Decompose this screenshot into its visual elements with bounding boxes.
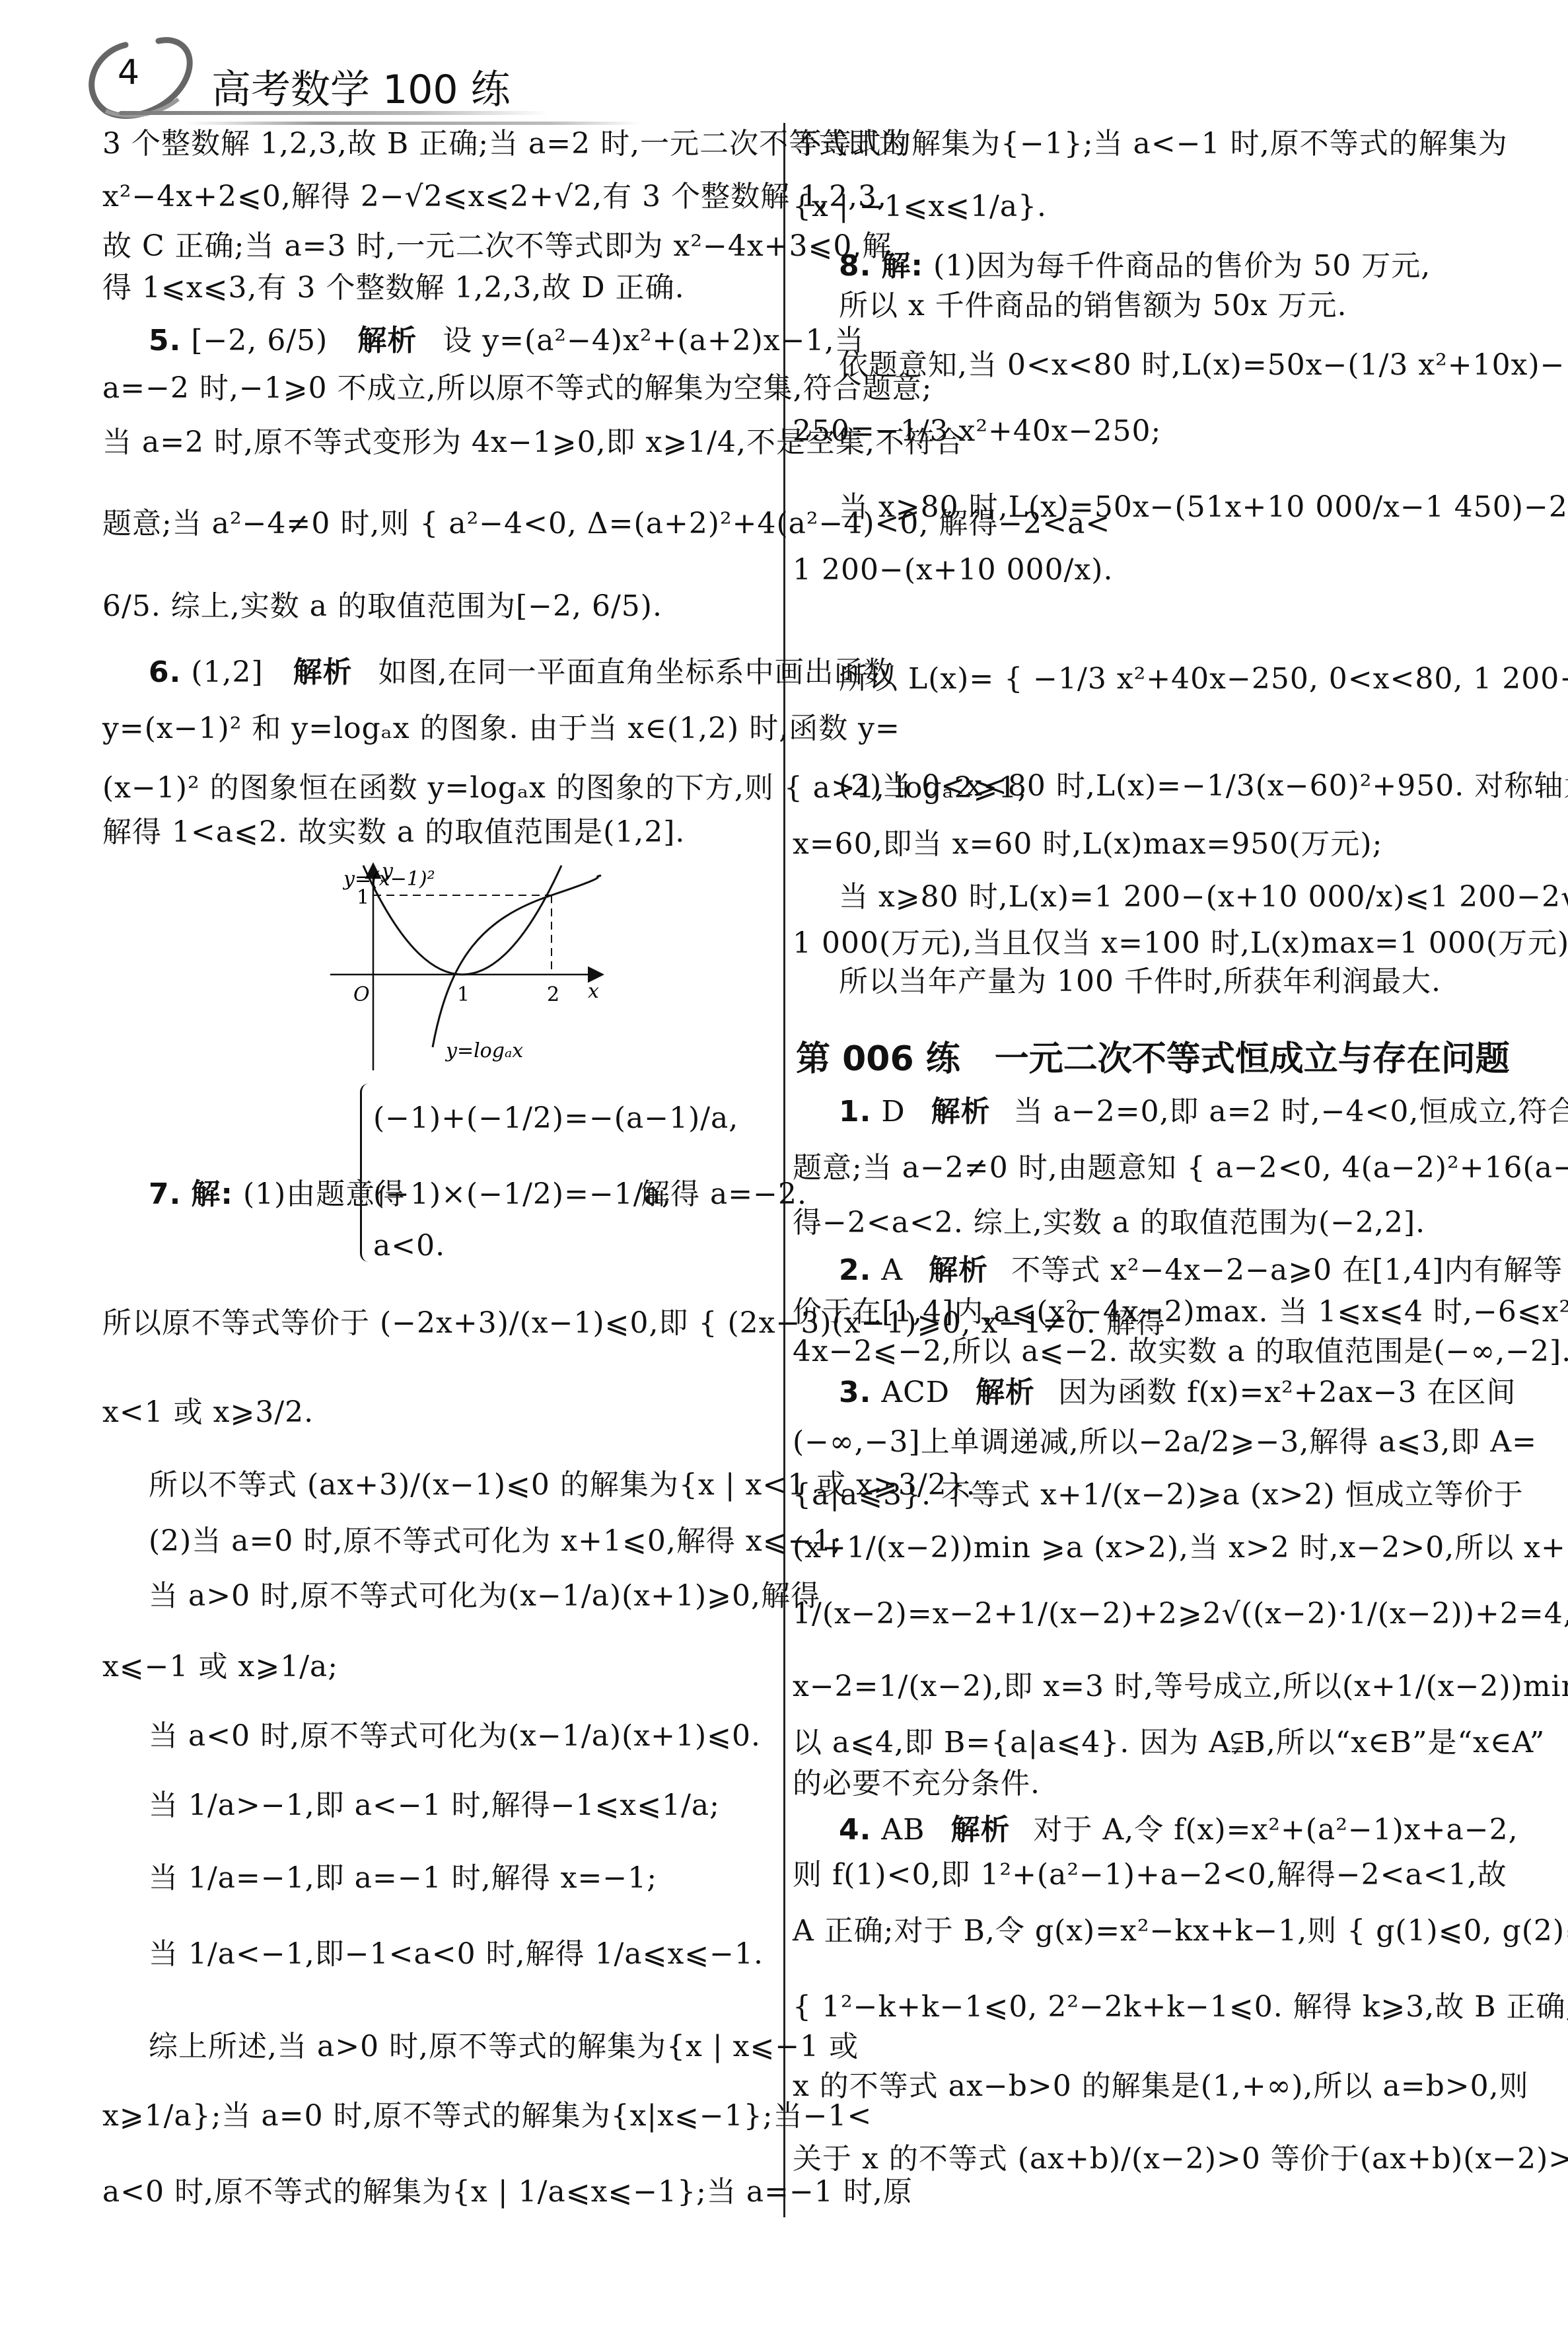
header-rule-1: [119, 111, 548, 115]
text-line: 当 a=2 时,原不等式变形为 4x−1⩾0,即 x⩾1/4,不是空集,不符合: [102, 424, 776, 461]
text-line: 250=−1/3 x²+40x−250;: [793, 413, 1466, 450]
text-line: x⩽−1 或 x⩾1/a;: [102, 1648, 776, 1685]
text-line: 得 1⩽x⩽3,有 3 个整数解 1,2,3,故 D 正确.: [102, 270, 776, 307]
svg-text:1: 1: [357, 886, 369, 909]
text-line: 得−2<a<2. 综上,实数 a 的取值范围为(−2,2].: [793, 1204, 1466, 1241]
item-answer: [−2, 6/5): [191, 324, 328, 357]
text-line: x<1 或 x⩾3/2.: [102, 1394, 776, 1431]
text-line: 所以 x 千件商品的销售额为 50x 万元.: [839, 287, 1347, 324]
analysis-tag: 解析: [357, 324, 417, 357]
item-answer: (1,2]: [191, 655, 263, 689]
text-line: 当 a>0 时,原不等式可化为(x−1/a)(x+1)⩾0,解得: [149, 1578, 820, 1615]
function-graph-figure: y=(x−1)² y x O 1 1 2 y=logₐx: [304, 859, 608, 1077]
item-answer: AB: [881, 1813, 925, 1847]
text-line: (2)当 0<x<80 时,L(x)=−1/3(x−60)²+950. 对称轴为: [839, 768, 1568, 805]
text-line: 当 1/a>−1,即 a<−1 时,解得−1⩽x⩽1/a;: [149, 1787, 720, 1824]
item-6-header: 6. (1,2] 解析 如图,在同一平面直角坐标系中画出函数: [149, 654, 894, 691]
text-line: y=(x−1)² 和 y=logₐx 的图象. 由于当 x∈(1,2) 时,函数…: [102, 710, 776, 747]
text-line: 所以原不等式等价于 (−2x+3)/(x−1)⩽0,即 { (2x−3)(x−1…: [102, 1305, 776, 1342]
text-line: A 正确;对于 B,令 g(x)=x²−kx+k−1,则 { g(1)⩽0, g…: [793, 1913, 1466, 1950]
text-line: { 1²−k+k−1⩽0, 2²−2k+k−1⩽0. 解得 k⩾3,故 B 正确…: [793, 1989, 1466, 2026]
text-line: 不等式的解集为{−1};当 a<−1 时,原不等式的解集为: [793, 126, 1466, 163]
text-line: 综上所述,当 a>0 时,原不等式的解集为{x | x⩽−1 或: [149, 2028, 859, 2065]
text-line: 3 个整数解 1,2,3,故 B 正确;当 a=2 时,一元二次不等式即为: [102, 126, 776, 163]
system-eq: (−1)×(−1/2)=−1/a,: [373, 1176, 672, 1213]
label-log: y=logₐx: [445, 1039, 523, 1062]
svg-text:x: x: [588, 980, 599, 1003]
page-number: 4: [118, 53, 139, 92]
analysis-tag: 解析: [950, 1813, 1010, 1847]
text-line: 当 1/a<−1,即−1<a<0 时,解得 1/a⩽x⩽−1.: [149, 1936, 764, 1973]
text-line: 6/5. 综上,实数 a 的取值范围为[−2, 6/5).: [102, 588, 776, 625]
svg-text:y: y: [380, 860, 394, 883]
item-5-header: 5. [−2, 6/5) 解析 设 y=(a²−4)x²+(a+2)x−1,当: [149, 322, 865, 359]
text-line: (x+1/(x−2))min ⩾a (x>2),当 x>2 时,x−2>0,所以…: [793, 1530, 1466, 1567]
item-answer: A: [881, 1253, 903, 1287]
analysis-tag: 解析: [929, 1253, 988, 1287]
svg-text:1: 1: [457, 983, 470, 1006]
text-line: a=−2 时,−1⩾0 不成立,所以原不等式的解集为空集,符合题意;: [102, 370, 776, 407]
item-number: 5.: [149, 324, 181, 357]
text-line: 所以当年产量为 100 千件时,所获年利润最大.: [839, 963, 1441, 1000]
analysis-tag: 解析: [293, 655, 353, 689]
text-line: 以 a⩽4,即 B={a|a⩽4}. 因为 A⫋B,所以“x∈B”是“x∈A”: [793, 1724, 1466, 1761]
text-line: a<0 时,原不等式的解集为{x | 1/a⩽x⩽−1};当 a=−1 时,原: [102, 2174, 776, 2211]
text-line: 的必要不充分条件.: [793, 1765, 1466, 1802]
text-line: {x | −1⩽x⩽1/a}.: [793, 188, 1466, 225]
s-item-2-header: 2. A 解析 不等式 x²−4x−2−a⩾0 在[1,4]内有解等: [839, 1252, 1563, 1289]
text-line: 4x−2⩽−2,所以 a⩽−2. 故实数 a 的取值范围是(−∞,−2].: [793, 1333, 1466, 1370]
analysis-tag: 解析: [931, 1095, 991, 1128]
text-line: x−2=1/(x−2),即 x=3 时,等号成立,所以(x+1/(x−2))mi…: [793, 1668, 1466, 1705]
item-8-header: 8. 解: (1)因为每千件商品的售价为 50 万元,: [839, 248, 1431, 285]
text-line: x⩾1/a};当 a=0 时,原不等式的解集为{x|x⩽−1};当−1<: [102, 2098, 776, 2135]
solution-tag: 解:: [881, 249, 923, 283]
text-line: 1 200−(x+10 000/x).: [793, 552, 1466, 589]
text-line: 所以 L(x)= { −1/3 x²+40x−250, 0<x<80, 1 20…: [839, 661, 1568, 698]
text-line: 解得 1<a⩽2. 故实数 a 的取值范围是(1,2].: [102, 814, 776, 851]
text-line: x²−4x+2⩽0,解得 2−√2⩽x⩽2+√2,有 3 个整数解 1,2,3,: [102, 178, 776, 215]
system-eq: (−1)+(−1/2)=−(a−1)/a,: [373, 1100, 738, 1137]
analysis-tag: 解析: [976, 1376, 1035, 1409]
text-line: 价于在[1,4]内,a⩽(x²−4x−2)max. 当 1⩽x⩽4 时,−6⩽x…: [793, 1294, 1466, 1331]
text-span: 设 y=(a²−4)x²+(a+2)x−1,当: [443, 324, 864, 357]
text-line: 依题意知,当 0<x<80 时,L(x)=50x−(1/3 x²+10x)−: [839, 347, 1565, 384]
text-line: 故 C 正确;当 a=3 时,一元二次不等式即为 x²−4x+3⩽0,解: [102, 228, 776, 265]
solution-tag: 解:: [191, 1177, 233, 1211]
section-heading: 第 006 练 一元二次不等式恒成立与存在问题: [796, 1031, 1510, 1080]
text-span: 如图,在同一平面直角坐标系中画出函数: [378, 655, 894, 689]
text-line: 则 f(1)<0,即 1²+(a²−1)+a−2<0,解得−2<a<1,故: [793, 1857, 1466, 1894]
svg-text:2: 2: [547, 983, 559, 1006]
item-number: 7.: [149, 1177, 181, 1211]
text-line: 当 x⩾80 时,L(x)=1 200−(x+10 000/x)⩽1 200−2…: [839, 879, 1568, 916]
text-line: 关于 x 的不等式 (ax+b)/(x−2)>0 等价于(ax+b)(x−2)>…: [793, 2141, 1466, 2178]
text-line: 1 000(万元),当且仅当 x=100 时,L(x)max=1 000(万元)…: [793, 925, 1466, 962]
system-result: 解得 a=−2.: [641, 1176, 807, 1213]
text-line: x=60,即当 x=60 时,L(x)max=950(万元);: [793, 826, 1466, 863]
log-curve: [433, 875, 601, 1047]
s-item-1-header: 1. D 解析 当 a−2=0,即 a=2 时,−4<0,恒成立,符合: [839, 1093, 1568, 1130]
text-line: x 的不等式 ax−b>0 的解集是(1,+∞),所以 a=b>0,则: [793, 2068, 1466, 2105]
s-item-4-header: 4. AB 解析 对于 A,令 f(x)=x²+(a²−1)x+a−2,: [839, 1812, 1518, 1849]
text-line: (−∞,−3]上单调递减,所以−2a/2⩾−3,解得 a⩽3,即 A=: [793, 1424, 1466, 1461]
text-line: (2)当 a=0 时,原不等式可化为 x+1⩽0,解得 x⩽−1;: [149, 1523, 842, 1560]
text-line: (x−1)² 的图象恒在函数 y=logₐx 的图象的下方,则 { a>1, l…: [102, 770, 776, 807]
text-line: 题意;当 a−2≠0 时,由题意知 { a−2<0, 4(a−2)²+16(a−…: [793, 1150, 1466, 1187]
item-number: 8.: [839, 249, 871, 283]
item-answer: D: [881, 1095, 905, 1128]
svg-text:O: O: [353, 983, 370, 1006]
header-rule-2: [185, 122, 641, 125]
page-header: 4 高考数学 100 练: [79, 33, 707, 126]
item-number: 6.: [149, 655, 181, 689]
item-answer: ACD: [881, 1376, 950, 1409]
text-line: 1/(x−2)=x−2+1/(x−2)+2⩾2√((x−2)·1/(x−2))+…: [793, 1596, 1466, 1633]
text-line: 当 a<0 时,原不等式可化为(x−1/a)(x+1)⩽0.: [149, 1718, 761, 1755]
brace-system: [360, 1084, 369, 1262]
text-line: {a|a⩽3}. 不等式 x+1/(x−2)⩾a (x>2) 恒成立等价于: [793, 1477, 1466, 1514]
text-line: 当 1/a=−1,即 a=−1 时,解得 x=−1;: [149, 1860, 657, 1897]
text-line: 当 x⩾80 时,L(x)=50x−(51x+10 000/x−1 450)−2…: [839, 489, 1568, 526]
system-eq: a<0.: [373, 1228, 445, 1265]
book-title: 高考数学 100 练: [211, 58, 511, 115]
text-line: 题意;当 a²−4≠0 时,则 { a²−4<0, Δ=(a+2)²+4(a²−…: [102, 505, 776, 542]
s-item-3-header: 3. ACD 解析 因为函数 f(x)=x²+2ax−3 在区间: [839, 1374, 1516, 1411]
